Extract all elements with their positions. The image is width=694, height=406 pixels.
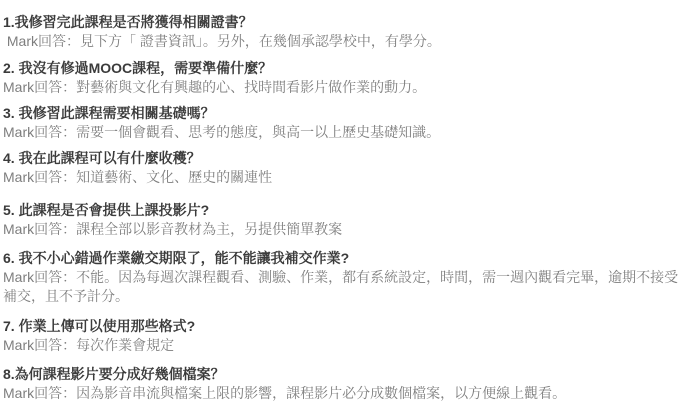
faq-item-2: 2. 我沒有修過MOOC課程，需要準備什麼？ Mark回答：對藝術與文化有興趣的… — [3, 59, 692, 97]
faq-question-8: 8.為何課程影片要分成好幾個檔案？ — [3, 365, 692, 384]
faq-answer-3: Mark回答：需要一個會觀看、思考的態度，與高一以上歷史基礎知識。 — [3, 123, 692, 142]
faq-item-5: 5. 此課程是否會提供上課投影片? Mark回答：課程全部以影音教材為主，另提供… — [3, 201, 692, 239]
faq-answer-2: Mark回答：對藝術與文化有興趣的心、找時間看影片做作業的動力。 — [3, 78, 692, 97]
faq-answer-1: Mark回答：見下方「 證書資訊」。另外，在幾個承認學校中，有學分。 — [3, 32, 692, 51]
faq-item-1: 1.我修習完此課程是否將獲得相關證書？ Mark回答：見下方「 證書資訊」。另外… — [3, 13, 692, 51]
faq-item-8: 8.為何課程影片要分成好幾個檔案？ Mark回答：因為影音串流與檔案上限的影響，… — [3, 365, 692, 403]
faq-item-7: 7. 作業上傳可以使用那些格式? Mark回答：每次作業會規定 — [3, 317, 692, 355]
faq-answer-8: Mark回答：因為影音串流與檔案上限的影響，課程影片必分成數個檔案，以方便線上觀… — [3, 384, 692, 403]
faq-question-2: 2. 我沒有修過MOOC課程，需要準備什麼？ — [3, 59, 692, 78]
faq-answer-7: Mark回答：每次作業會規定 — [3, 336, 692, 355]
faq-item-3: 3. 我修習此課程需要相關基礎嗎？ Mark回答：需要一個會觀看、思考的態度，與… — [3, 104, 692, 142]
faq-question-4: 4. 我在此課程可以有什麼收穫？ — [3, 149, 692, 168]
faq-question-5: 5. 此課程是否會提供上課投影片? — [3, 201, 692, 220]
faq-question-3: 3. 我修習此課程需要相關基礎嗎？ — [3, 104, 692, 123]
faq-content: 1.我修習完此課程是否將獲得相關證書？ Mark回答：見下方「 證書資訊」。另外… — [0, 0, 694, 403]
faq-answer-4: Mark回答：知道藝術、文化、歷史的關連性 — [3, 168, 692, 187]
faq-question-7: 7. 作業上傳可以使用那些格式? — [3, 317, 692, 336]
faq-question-1: 1.我修習完此課程是否將獲得相關證書？ — [3, 13, 692, 32]
faq-question-6: 6. 我不小心錯過作業繳交期限了，能不能讓我補交作業? — [3, 249, 692, 268]
faq-answer-6: Mark回答：不能。因為每週次課程觀看、測驗、作業，都有系統設定，時間，需一週內… — [3, 268, 692, 306]
faq-answer-5: Mark回答：課程全部以影音教材為主，另提供簡單教案 — [3, 220, 692, 239]
faq-item-4: 4. 我在此課程可以有什麼收穫？ Mark回答：知道藝術、文化、歷史的關連性 — [3, 149, 692, 187]
faq-item-6: 6. 我不小心錯過作業繳交期限了，能不能讓我補交作業? Mark回答：不能。因為… — [3, 249, 692, 306]
